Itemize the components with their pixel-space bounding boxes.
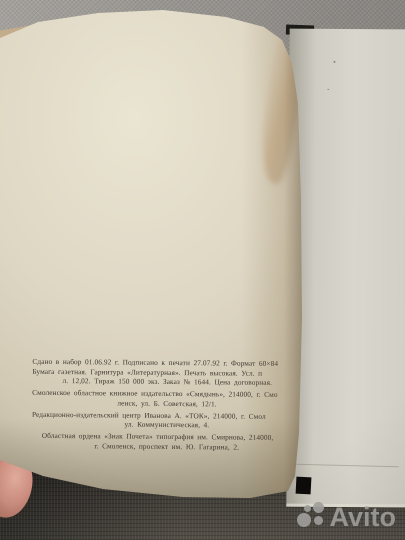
paper-speck [333, 61, 335, 63]
avito-dot [297, 513, 311, 527]
avito-dot [304, 505, 311, 512]
colophon-line: л. 12,02. Тираж 150 000 экз. Заказ № 164… [32, 376, 302, 388]
colophon-paragraph: Сдано в набор 01.06.92 г. Подписано к пе… [32, 357, 312, 388]
book-right-page [286, 29, 405, 508]
colophon-paragraph: Областная ордена «Знак Почета» типографи… [32, 431, 312, 452]
colophon-paragraph: Смоленское областное книжное издательств… [32, 388, 312, 409]
gutter-notch [296, 477, 312, 495]
page-crease [295, 464, 399, 468]
avito-dots-icon [297, 500, 327, 534]
avito-watermark: Avito [297, 500, 397, 534]
colophon-paragraph: Редакционно-издательский центр Иванова А… [32, 409, 312, 430]
avito-dot [314, 516, 323, 525]
colophon-text-block: Сдано в набор 01.06.92 г. Подписано к пе… [32, 357, 313, 467]
book-left-page: Сдано в набор 01.06.92 г. Подписано к пе… [0, 8, 302, 508]
avito-dot [313, 502, 324, 513]
avito-label: Avito [330, 500, 397, 534]
book-photo: Сдано в набор 01.06.92 г. Подписано к пе… [0, 0, 405, 540]
paper-speck [327, 89, 329, 90]
